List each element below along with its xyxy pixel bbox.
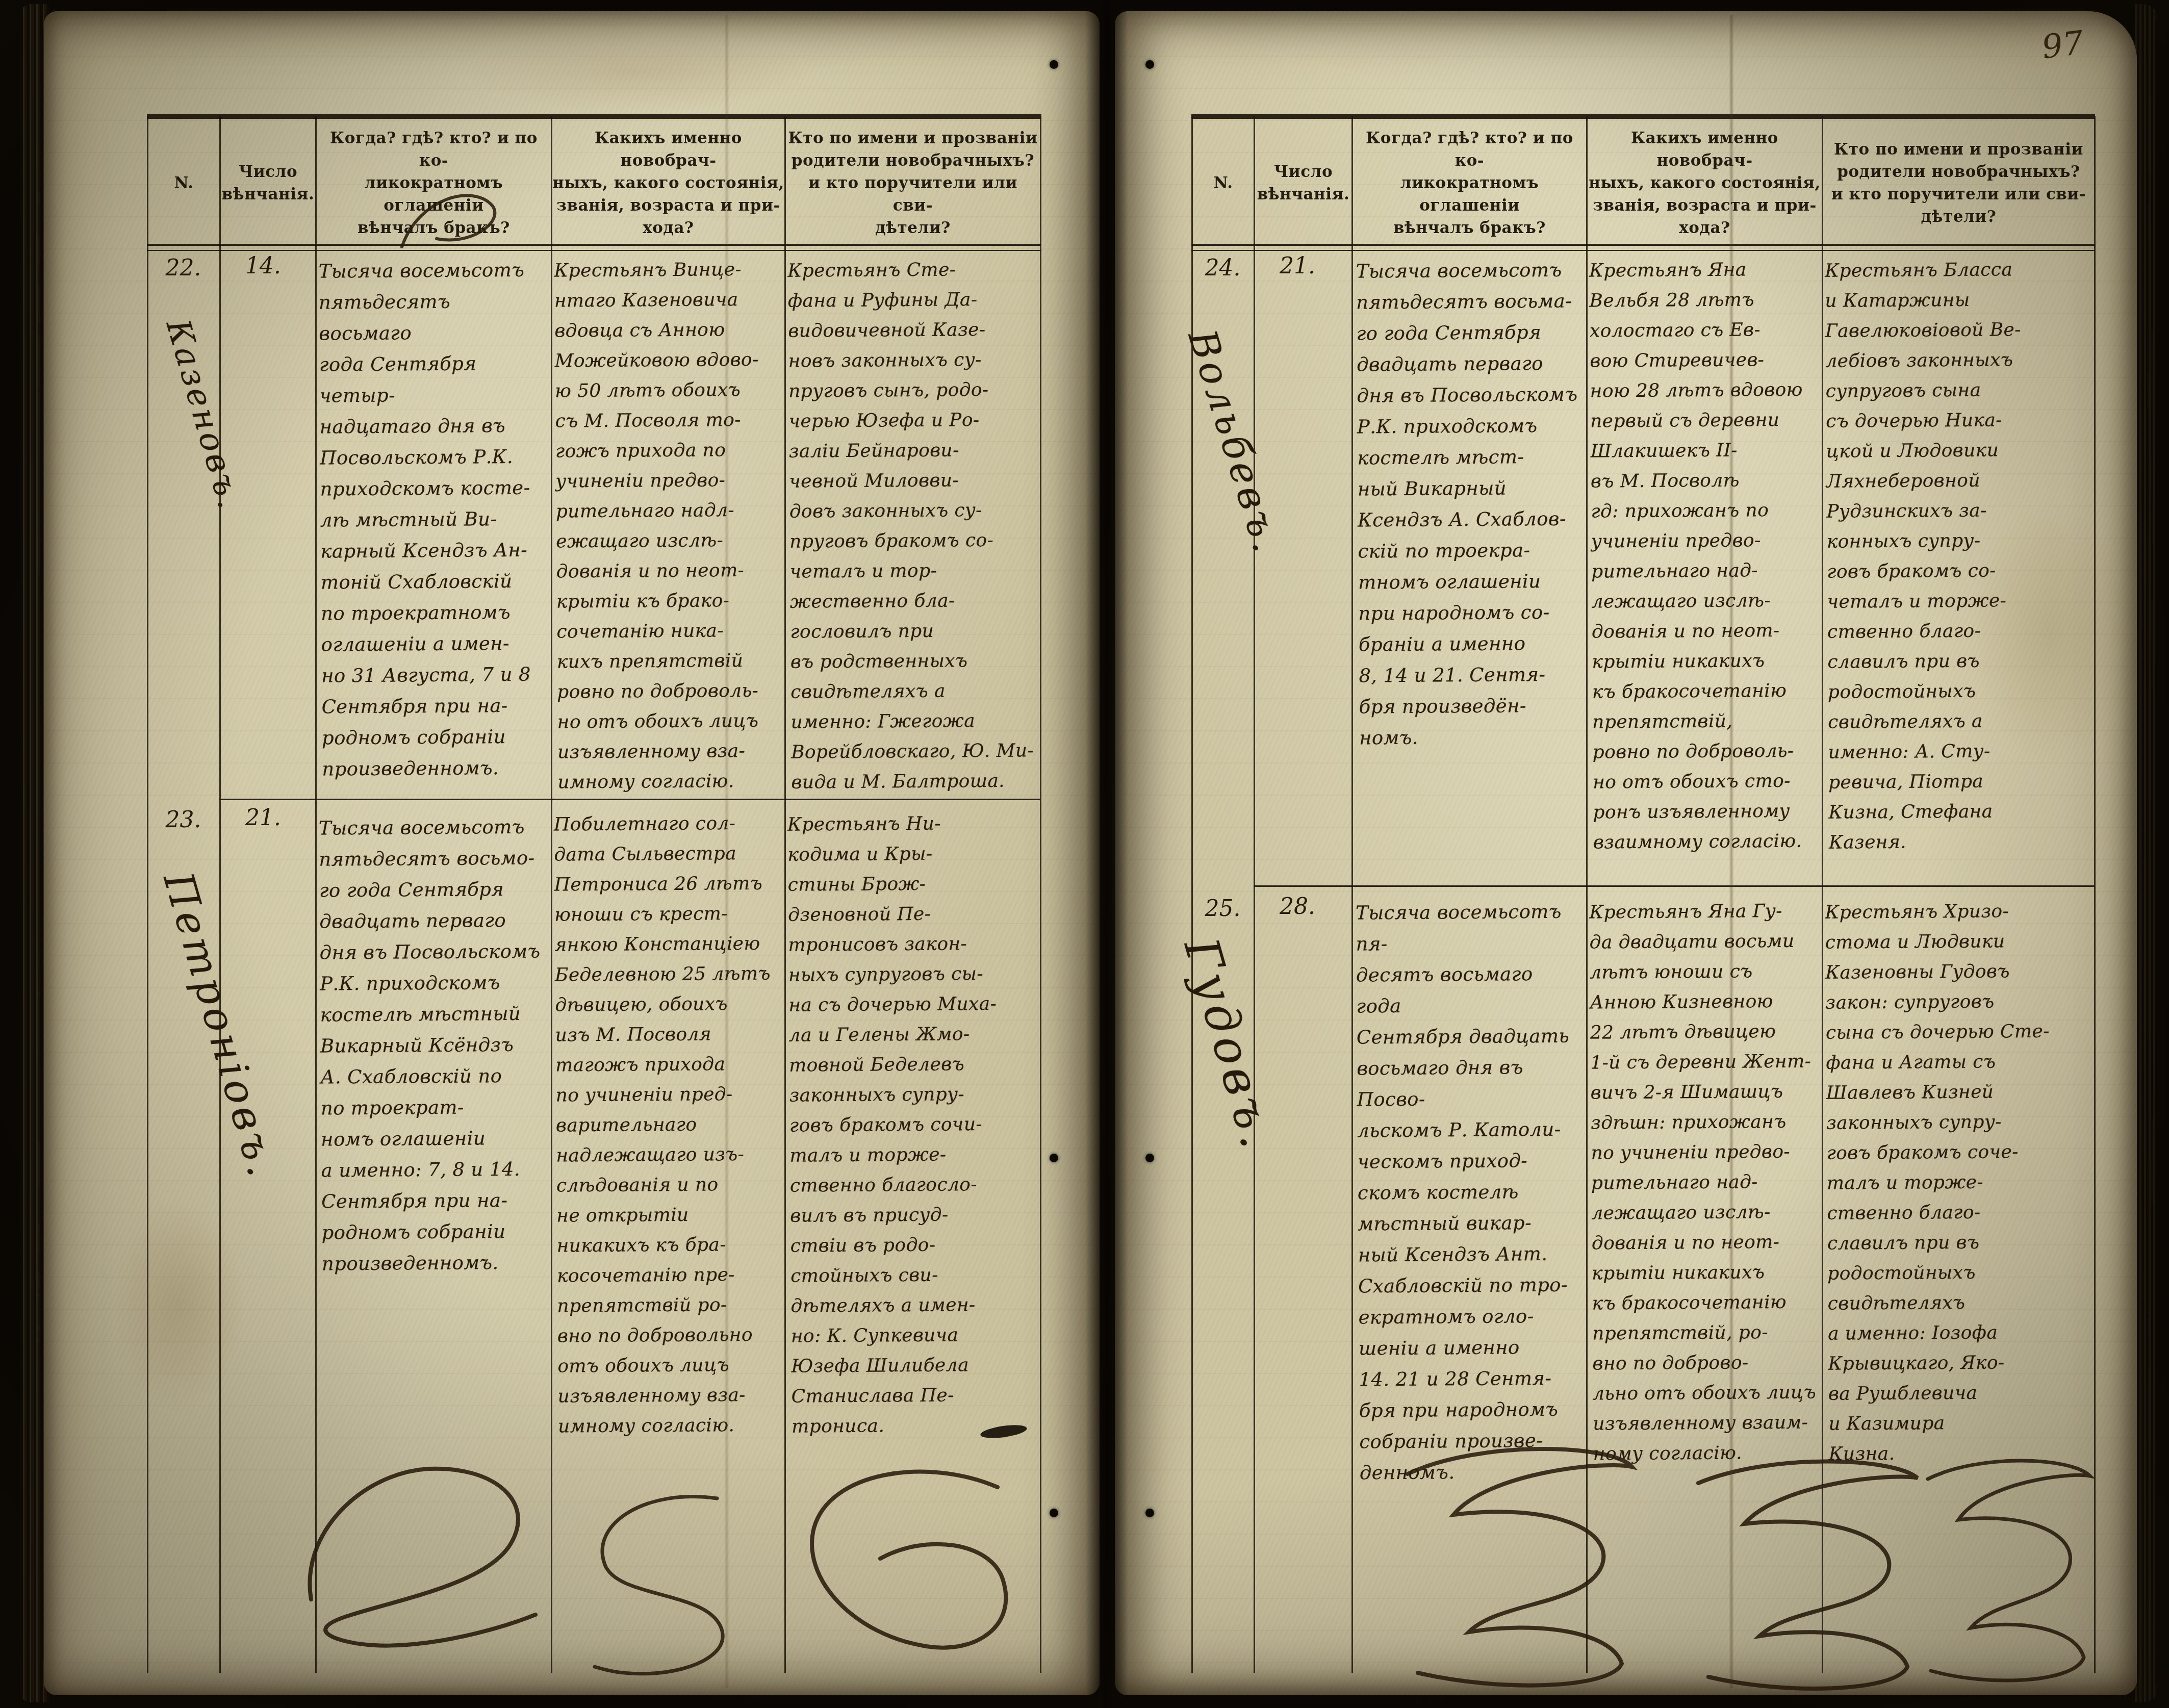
entry-date: 21. (1257, 253, 1338, 279)
header-date: Число вѣнчанія. (1255, 122, 1351, 244)
grid-line (1822, 116, 1823, 1673)
header-witnesses: Кто по имени и прозваніи родители новобр… (786, 122, 1040, 244)
entry-date: 28. (1257, 894, 1338, 920)
grid-line (2094, 116, 2096, 1673)
entry-date: 14. (222, 253, 304, 279)
entry-when-text: Тысяча восемьсотъ пятьдесятъ восьмаго го… (318, 254, 551, 784)
entry-witnesses-text: Крестьянъ Сте- фана и Руфины Да- видович… (787, 254, 1040, 797)
entry-newlyweds-text: Побилетнаго сол- дата Сыльвестра Петрони… (554, 808, 786, 1441)
entry-when-text: Тысяча восемьсотъ пятьдесятъ восьмо- го … (319, 811, 551, 1279)
entry-number: 24. (1193, 255, 1252, 281)
entry-date: 21. (222, 805, 304, 831)
header-rule (1191, 244, 2095, 246)
binding-hole (1145, 1509, 1154, 1517)
row-separator (1254, 885, 2095, 887)
entry-witnesses-text: Крестьянъ Хризо- стома и Людвики Казенов… (1825, 896, 2094, 1469)
header-rule (147, 244, 1041, 246)
entry-witnesses-text: Крестьянъ Бласса и Катаржины Гавелюковіо… (1825, 254, 2094, 858)
entry-when-text: Тысяча восемьсотъ пя- десятъ восьмаго го… (1356, 896, 1586, 1488)
pen-flourish (275, 1446, 551, 1671)
grid-line (551, 116, 552, 1673)
binding-hole (1050, 60, 1058, 69)
entry-newlyweds-text: Крестьянъ Яна Вельбя 28 лѣтъ холостаго с… (1589, 254, 1822, 857)
binding-hole (1050, 1154, 1058, 1162)
entry-number: 22. (149, 255, 218, 281)
binding-gutter (1085, 0, 1128, 1708)
header-newlyweds: Какихъ именно новобрач- ныхъ, какого сос… (1588, 122, 1822, 244)
pen-flourish (559, 1478, 758, 1687)
grid-line (219, 116, 221, 1673)
table-top-border (1191, 114, 2095, 119)
header-newlyweds: Какихъ именно новобрач- ныхъ, какого сос… (552, 122, 784, 244)
pen-flourish (393, 180, 510, 256)
entry-newlyweds-text: Крестьянъ Винце- нтаго Казеновича вдовца… (554, 254, 785, 797)
header-rule-thin (147, 250, 1041, 251)
header-when: Когда? гдѣ? кто? и по ко- ликократномъ о… (1353, 122, 1586, 244)
header-date: Число вѣнчанія. (221, 122, 315, 244)
pen-flourish (1372, 1428, 1657, 1693)
binding-hole (1050, 1509, 1058, 1517)
pen-flourish (1668, 1442, 1943, 1697)
grid-line (1254, 116, 1255, 1673)
entry-number: 23. (149, 807, 218, 833)
entry-when-text: Тысяча восемьсотъ пятьдесятъ восьма- го … (1356, 254, 1586, 753)
binding-hole (1145, 1154, 1154, 1162)
grid-line (1351, 116, 1353, 1673)
binding-hole (1145, 60, 1154, 69)
header-number: N. (1193, 122, 1254, 244)
entry-witnesses-text: Крестьянъ Ни- кодима и Кры- стины Брож- … (787, 808, 1041, 1441)
pen-flourish (1902, 1443, 2106, 1698)
pen-flourish (773, 1451, 1038, 1681)
entry-number: 25. (1193, 896, 1252, 922)
header-witnesses: Кто по имени и прозваніи родители новобр… (1823, 122, 2094, 244)
table-top-border (147, 114, 1041, 119)
grid-line (315, 116, 317, 1673)
page-number: 97 (2040, 24, 2086, 66)
header-rule-thin (1191, 250, 2095, 251)
entry-newlyweds-text: Крестьянъ Яна Гу- да двадцати восьми лѣт… (1589, 896, 1822, 1469)
row-separator (219, 799, 1040, 800)
book-right-page-edges (2135, 4, 2158, 1702)
header-number: N. (148, 122, 219, 244)
grid-line (147, 116, 148, 1673)
